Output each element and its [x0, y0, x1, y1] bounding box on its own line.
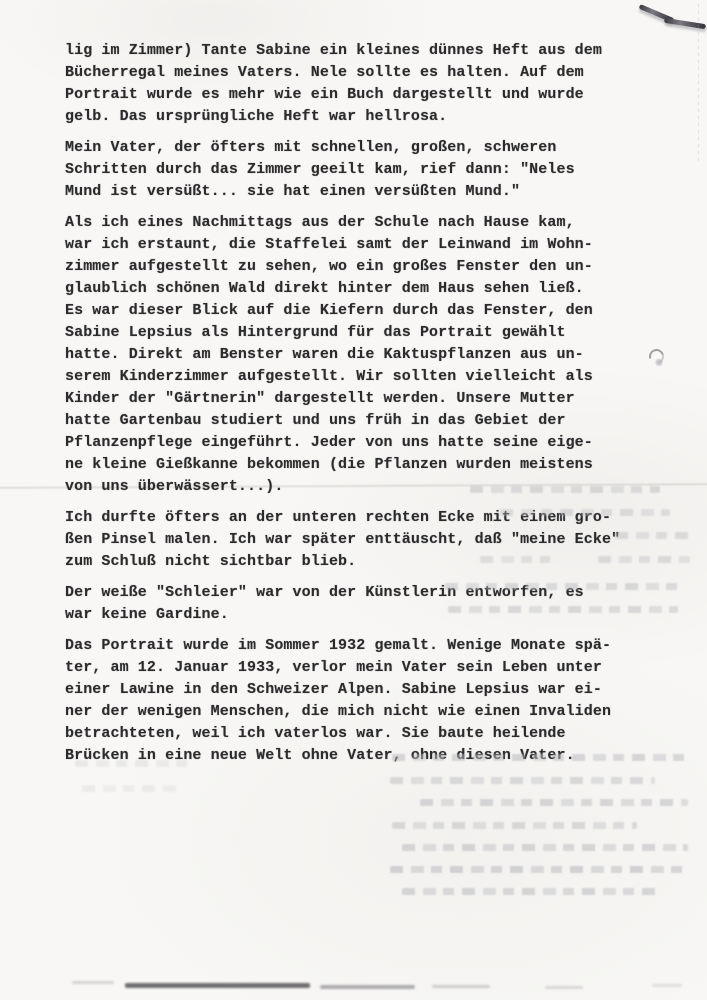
text-line: Pflanzenpflege eingeführt. Jeder von uns… [65, 432, 655, 454]
text-line: ner der wenigen Menschen, die mich nicht… [65, 701, 655, 723]
bleed-through-line [615, 532, 690, 539]
paragraph: Das Portrait wurde im Sommer 1932 gemalt… [65, 635, 655, 767]
bleed-through-line [598, 556, 690, 563]
text-line: Es war dieser Blick auf die Kiefern durc… [65, 300, 655, 322]
text-line: serem Kinderzimmer aufgestellt. Wir soll… [65, 366, 655, 388]
bleed-through-line [448, 606, 678, 613]
bleed-through-line [402, 844, 688, 851]
text-line: war ich erstaunt, die Staffelei samt der… [65, 234, 655, 256]
bleed-through-line [82, 785, 182, 792]
text-line: Bücherregal meines Vaters. Nele sollte e… [65, 62, 655, 84]
bleed-through-line [445, 583, 680, 590]
text-line: glaublich schönen Wald direkt hinter dem… [65, 278, 655, 300]
text-line: Kinder der "Gärtnerin" dargestellt werde… [65, 388, 655, 410]
text-line: ßen Pinsel malen. Ich war später enttäus… [65, 529, 655, 551]
paragraph: Als ich eines Nachmittags aus der Schule… [65, 212, 655, 498]
smudge-streak [432, 985, 490, 988]
typewritten-text: lig im Zimmer) Tante Sabine ein kleines … [65, 40, 655, 776]
smudge-streak [545, 986, 583, 989]
bleed-through-line [390, 777, 655, 784]
smudge-streak [652, 984, 682, 987]
text-line: betrachteten, weil ich vaterlos war. Sie… [65, 723, 655, 745]
text-line: ter, am 12. Januar 1933, verlor mein Vat… [65, 657, 655, 679]
bleed-through-line [392, 822, 637, 829]
text-line: einer Lawine in den Schweizer Alpen. Sab… [65, 679, 655, 701]
bleed-through-line [500, 509, 670, 516]
text-line: Schritten durch das Zimmer geeilt kam, r… [65, 159, 655, 181]
bleed-through-line [470, 486, 660, 493]
text-line: hatte. Direkt am Benster waren die Kaktu… [65, 344, 655, 366]
text-line: Sabine Lepsius als Hintergrund für das P… [65, 322, 655, 344]
bleed-through-line [402, 888, 660, 895]
text-line: Mein Vater, der öfters mit schnellen, gr… [65, 137, 655, 159]
text-line: zimmer aufgestellt zu sehen, wo ein groß… [65, 256, 655, 278]
text-line: Als ich eines Nachmittags aus der Schule… [65, 212, 655, 234]
paragraph: Mein Vater, der öfters mit schnellen, gr… [65, 137, 655, 203]
bleed-through-line [390, 866, 687, 873]
text-line: hatte Gartenbau studiert und uns früh in… [65, 410, 655, 432]
text-line: lig im Zimmer) Tante Sabine ein kleines … [65, 40, 655, 62]
text-line: Portrait wurde es mehr wie ein Buch darg… [65, 84, 655, 106]
smudge-streak [125, 983, 310, 988]
text-line: ne kleine Gießkanne bekommen (die Pflanz… [65, 454, 655, 476]
bleed-through-line [480, 556, 550, 563]
scanned-page: lig im Zimmer) Tante Sabine ein kleines … [0, 0, 707, 1000]
bleed-through-line [420, 799, 688, 806]
smudge-streak [72, 981, 114, 984]
text-line: gelb. Das ursprüngliche Heft war hellros… [65, 106, 655, 128]
scan-edge-line [698, 4, 699, 164]
bleed-through-line [75, 760, 195, 767]
paragraph: Ich durfte öfters an der unteren rechten… [65, 507, 655, 573]
staple-mark-icon [664, 18, 706, 30]
text-line: Das Portrait wurde im Sommer 1932 gemalt… [65, 635, 655, 657]
smudge-streak [320, 985, 415, 989]
text-line: Mund ist versüßt... sie hat einen versüß… [65, 181, 655, 203]
paragraph: lig im Zimmer) Tante Sabine ein kleines … [65, 40, 655, 128]
bleed-through-line [392, 754, 687, 761]
text-line: zum Schluß nicht sichtbar blieb. [65, 551, 655, 573]
